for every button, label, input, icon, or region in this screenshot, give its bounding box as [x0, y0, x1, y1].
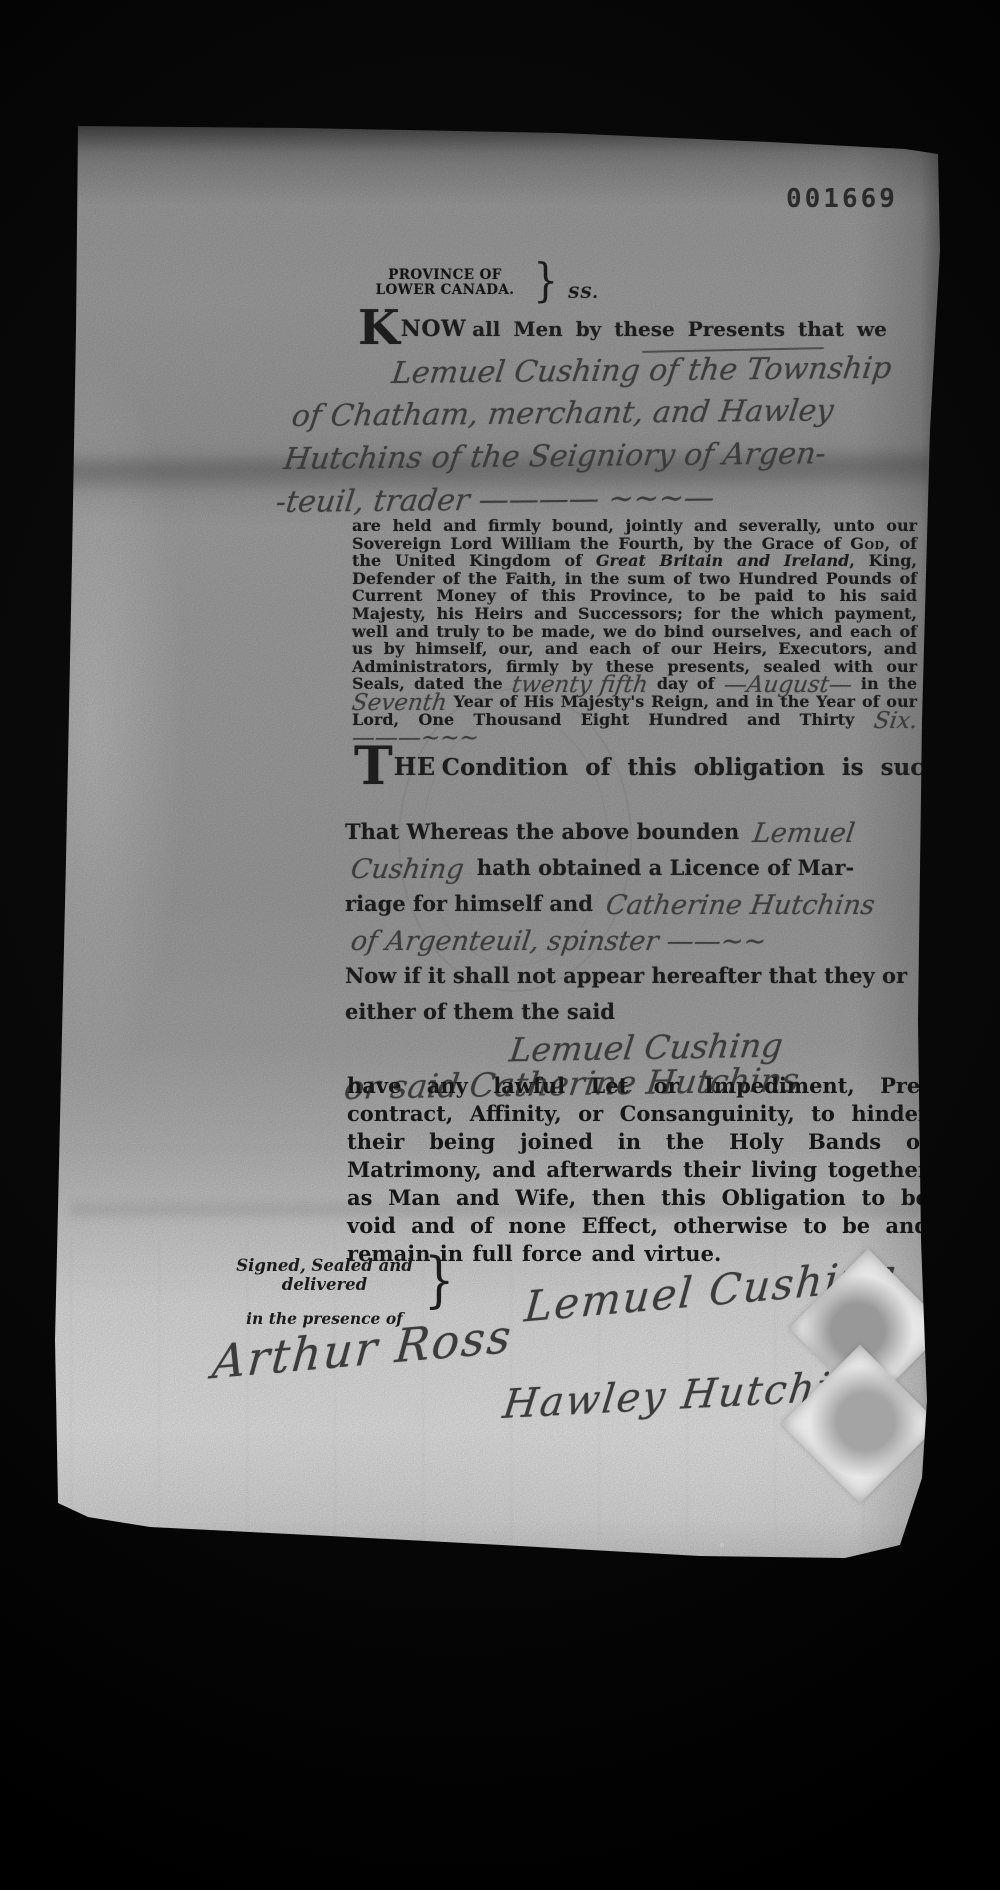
dropcap-k: K — [358, 300, 401, 356]
text-segment-p: Now if it shall not appear hereafter tha… — [345, 963, 907, 988]
header-brace: } — [533, 257, 558, 303]
impediment-paragraph: have any lawful Let or Impediment, Pre-c… — [347, 1072, 929, 1268]
attestation-brace: } — [424, 1247, 455, 1313]
stamp-number: 001669 — [786, 184, 898, 214]
text-segment-p: That Whereas the above bounden — [345, 819, 747, 844]
text-segment-sc: God — [850, 534, 884, 553]
attestation-line1: Signed, Sealed and delivered — [222, 1256, 427, 1294]
condition-heading: THECondition of this obligation is such, — [354, 748, 914, 786]
text-segment-h2r: Lemuel Cushing — [510, 1046, 783, 1051]
opening-rest: all Men by these Presents that we — [472, 317, 887, 341]
ss-label: SS. — [568, 283, 599, 302]
opening-word: NOW — [401, 316, 466, 342]
condition-word: HE — [394, 752, 436, 781]
province-line1: PROVINCE OF — [360, 268, 530, 283]
text-segment-p: either of them the said — [345, 999, 615, 1024]
microfilm-background: 001669 PROVINCE OF LOWER CANADA. } SS. K… — [0, 0, 1000, 1890]
condition-paragraph: That Whereas the above bounden LemuelCus… — [345, 814, 930, 1102]
handwritten-intro: Lemuel Cushing of the Township of Chatha… — [276, 352, 921, 524]
text-segment-p: are held and firmly bound, jointly and s… — [352, 516, 917, 553]
handwritten-line: Lemuel Cushing of the Township — [389, 346, 924, 395]
attestation-label: Signed, Sealed and delivered in the pres… — [222, 1256, 427, 1328]
dropcap-t: T — [354, 736, 394, 797]
opening-line: KNOWall Men by these Presents that we — [358, 311, 828, 345]
handwritten-line: of Chatham, merchant, and Hawley — [289, 388, 924, 438]
text-segment-p: in the — [852, 674, 917, 693]
dust-speck — [720, 1543, 724, 1547]
handwritten-line: Hutchins of the Seigniory of Argen- — [281, 431, 924, 481]
condition-rest: Condition of this obligation is such, — [442, 754, 949, 781]
document-paper: 001669 PROVINCE OF LOWER CANADA. } SS. K… — [0, 0, 1000, 1890]
province-line2: LOWER CANADA. — [360, 283, 530, 298]
text-segment-p: riage for himself and — [345, 891, 600, 916]
text-segment-i: Great Britain and Ireland — [596, 551, 849, 570]
province-header: PROVINCE OF LOWER CANADA. — [360, 268, 530, 297]
text-segment-p: day of — [648, 674, 724, 693]
bond-paragraph: are held and firmly bound, jointly and s… — [352, 517, 917, 746]
text-segment-p: hath obtained a Licence of Mar- — [470, 855, 855, 880]
